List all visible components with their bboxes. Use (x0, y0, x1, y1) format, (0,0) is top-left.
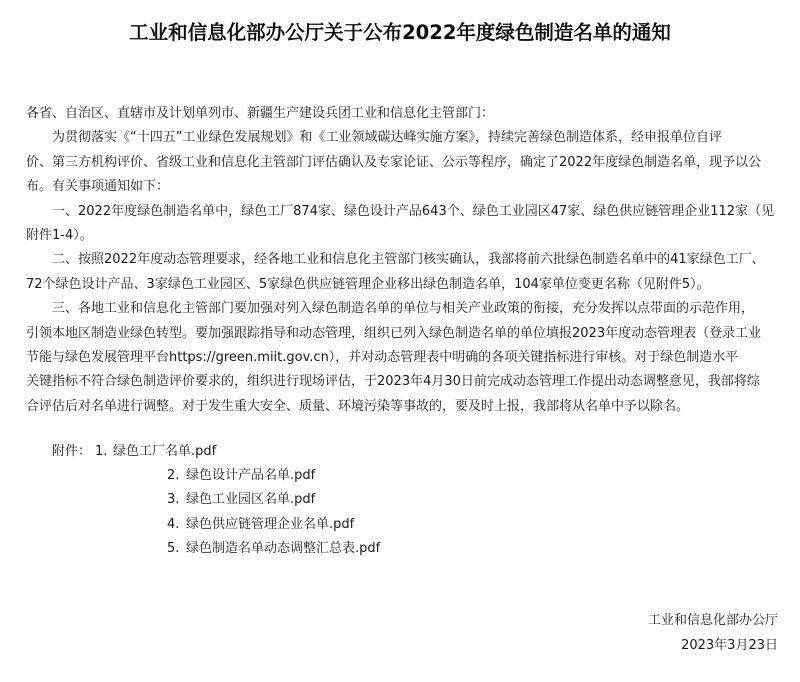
attachment-number: 3. (167, 488, 185, 512)
attachment-number: 4. (167, 513, 185, 537)
document-body: 各省、自治区、直辖市及计划单列市、新疆生产建设兵团工业和信息化主管部门： 为贯彻… (26, 102, 786, 419)
attachment-link[interactable]: 绿色制造名单动态调整汇总表.pdf (186, 537, 380, 561)
section-2-line: 72个绿色设计产品、3家绿色工业园区、5家绿色供应链管理企业移出绿色制造名单，1… (26, 273, 786, 297)
salutation: 各省、自治区、直辖市及计划单列市、新疆生产建设兵团工业和信息化主管部门： (26, 102, 786, 126)
section-3-line: 引领本地区制造业绿色转型。要加强跟踪指导和动态管理，组织已列入绿色制造名单的单位… (26, 322, 786, 346)
section-1-line: 一、2022年度绿色制造名单中，绿色工厂874家、绿色设计产品643个、绿色工业… (26, 200, 786, 224)
issuer: 工业和信息化部办公厅 (648, 608, 778, 633)
intro-paragraph: 为贯彻落实《“十四五”工业绿色发展规划》和《工业领域碳达峰实施方案》，持续完善绿… (26, 126, 786, 199)
section-2-line: 二、按照2022年度动态管理要求，经各地工业和信息化主管部门核实确认，我部将前六… (26, 248, 786, 272)
attachment-item: 4. 绿色供应链管理企业名单.pdf (0, 513, 800, 537)
attachment-number: 1. (95, 440, 113, 464)
signature-block: 工业和信息化部办公厅 2023年3月23日 (648, 608, 778, 658)
section-3-line: 合评估后对名单进行调整。对于发生重大安全、质量、环境污染等事故的，要及时上报，我… (26, 395, 786, 419)
document-title: 工业和信息化部办公厅关于公布2022年度绿色制造名单的通知 (0, 19, 800, 47)
attachment-item: 附件： 1. 绿色工厂名单.pdf (0, 440, 800, 464)
issue-date: 2023年3月23日 (648, 633, 778, 658)
attachment-link[interactable]: 绿色工厂名单.pdf (113, 440, 216, 464)
section-3-line: 节能与绿色发展管理平台https://green.miit.gov.cn），并对… (26, 346, 786, 370)
attachment-item: 5. 绿色制造名单动态调整汇总表.pdf (0, 537, 800, 561)
intro-line: 布。有关事项通知如下： (26, 175, 786, 199)
attachments-label: 附件： (52, 440, 91, 464)
section-2-paragraph: 二、按照2022年度动态管理要求，经各地工业和信息化主管部门核实确认，我部将前六… (26, 248, 786, 297)
attachment-link[interactable]: 绿色工业园区名单.pdf (186, 488, 315, 512)
intro-line: 为贯彻落实《“十四五”工业绿色发展规划》和《工业领域碳达峰实施方案》，持续完善绿… (26, 126, 786, 150)
section-1-paragraph: 一、2022年度绿色制造名单中，绿色工厂874家、绿色设计产品643个、绿色工业… (26, 200, 786, 249)
attachment-item: 2. 绿色设计产品名单.pdf (0, 464, 800, 488)
section-1-line: 附件1-4）。 (26, 224, 786, 248)
intro-line: 价、第三方机构评价、省级工业和信息化主管部门评估确认及专家论证、公示等程序，确定… (26, 151, 786, 175)
attachment-item: 3. 绿色工业园区名单.pdf (0, 488, 800, 512)
attachment-number: 5. (167, 537, 185, 561)
attachments-list: 附件： 1. 绿色工厂名单.pdf 2. 绿色设计产品名单.pdf 3. 绿色工… (0, 440, 800, 561)
section-3-paragraph: 三、各地工业和信息化主管部门要加强对列入绿色制造名单的单位与相关产业政策的衔接，… (26, 297, 786, 419)
attachment-link[interactable]: 绿色供应链管理企业名单.pdf (186, 513, 354, 537)
section-3-line: 关键指标不符合绿色制造评价要求的，组织进行现场评估，于2023年4月30日前完成… (26, 370, 786, 394)
attachment-link[interactable]: 绿色设计产品名单.pdf (186, 464, 315, 488)
attachment-number: 2. (167, 464, 185, 488)
section-3-line: 三、各地工业和信息化主管部门要加强对列入绿色制造名单的单位与相关产业政策的衔接，… (26, 297, 786, 321)
